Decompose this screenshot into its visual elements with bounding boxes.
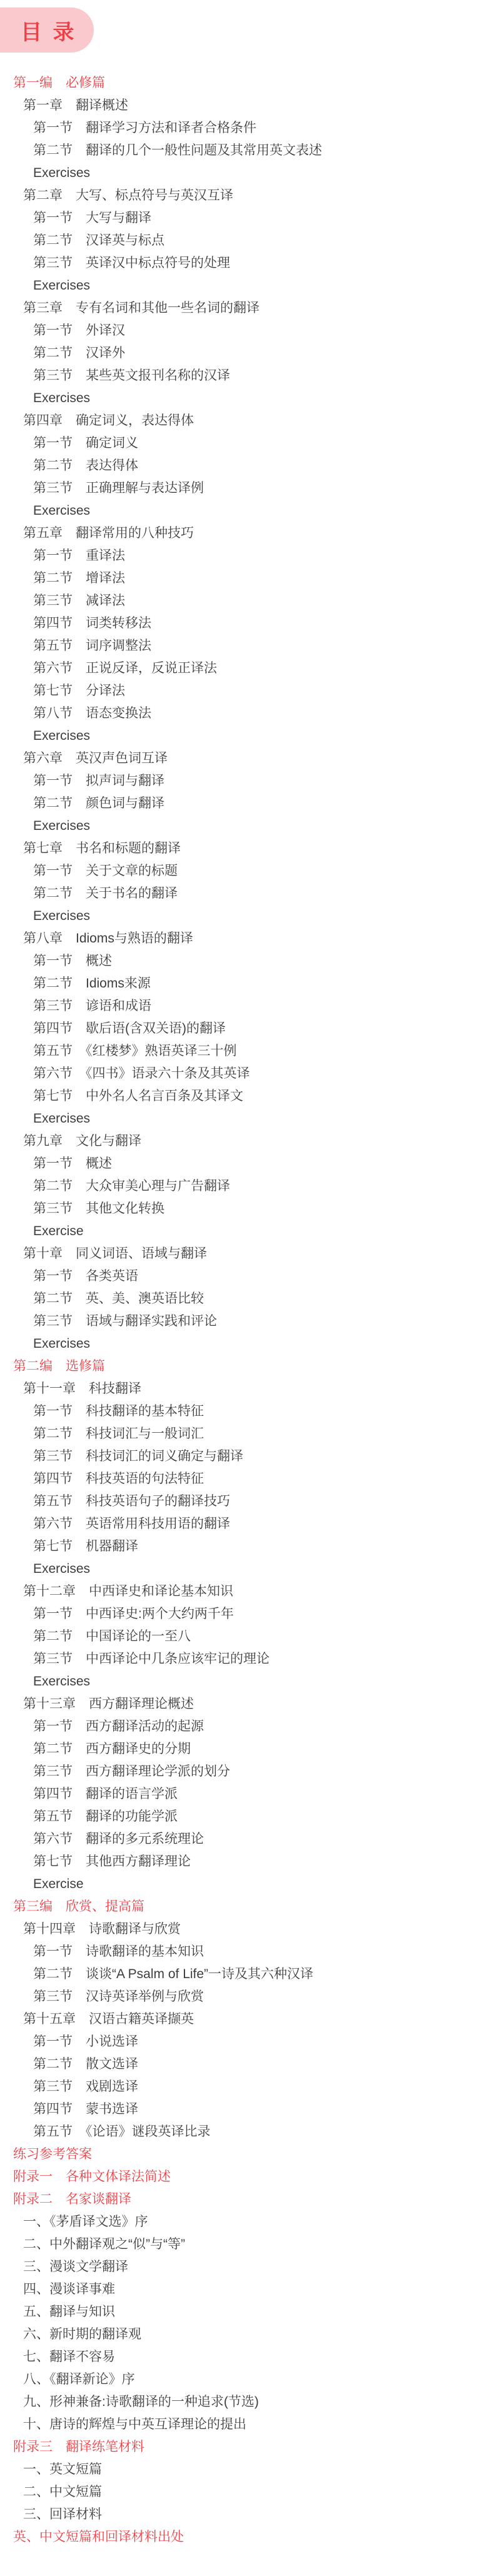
toc-chapter-item: 第六章 英汉声色词互译 [0, 747, 494, 770]
toc-part-heading: 附录二 名家谈翻译 [0, 2188, 494, 2211]
toc-part-heading: 第二编 选修篇 [0, 1355, 494, 1378]
toc-section-item: 第一节 科技翻译的基本特征 [0, 1400, 494, 1423]
toc-section-item: 第三节 语域与翻译实践和评论 [0, 1310, 494, 1333]
toc-section-item: 第七节 其他西方翻译理论 [0, 1851, 494, 1873]
toc-chapter-item: 第五章 翻译常用的八种技巧 [0, 522, 494, 545]
toc-chapter-item: 七、翻译不容易 [0, 2346, 494, 2368]
toc-chapter-item: 二、中外翻译观之“似”与“等” [0, 2233, 494, 2256]
toc-section-item: 第四节 翻译的语言学派 [0, 1783, 494, 1806]
toc-chapter-item: 八、《翻译新论》序 [0, 2368, 494, 2391]
toc-section-item: 第二节 散文选译 [0, 2053, 494, 2076]
toc-part-heading: 附录三 翻译练笔材料 [0, 2436, 494, 2458]
toc-chapter-item: 三、漫谈文学翻译 [0, 2256, 494, 2278]
toc-chapter-item: 第七章 书名和标题的翻译 [0, 837, 494, 860]
toc-section-item: 第二节 汉译外 [0, 342, 494, 365]
toc-section-item: 第二节 汉译英与标点 [0, 230, 494, 252]
toc-section-item: 第五节 科技英语句子的翻译技巧 [0, 1490, 494, 1513]
toc-list: 第一编 必修篇第一章 翻译概述第一节 翻译学习方法和译者合格条件第二节 翻译的几… [0, 72, 494, 2548]
toc-chapter-item: 第十三章 西方翻译理论概述 [0, 1693, 494, 1715]
toc-section-item: Exercises [0, 725, 494, 747]
toc-chapter-item: 第三章 专有名词和其他一些名词的翻译 [0, 297, 494, 320]
toc-section-item: 第一节 小说选译 [0, 2031, 494, 2053]
toc-section-item: Exercises [0, 815, 494, 837]
toc-section-item: 第一节 各类英语 [0, 1265, 494, 1288]
toc-section-item: 第三节 西方翻译理论学派的划分 [0, 1760, 494, 1783]
toc-section-item: 第一节 诗歌翻译的基本知识 [0, 1941, 494, 1963]
toc-section-item: Exercises [0, 1558, 494, 1580]
toc-section-item: 第一节 外译汉 [0, 320, 494, 342]
toc-section-item: Exercises [0, 1670, 494, 1693]
toc-section-item: 第一节 重译法 [0, 545, 494, 567]
toc-section-item: Exercises [0, 905, 494, 927]
toc-section-item: 第五节 词序调整法 [0, 635, 494, 657]
toc-chapter-item: 二、中文短篇 [0, 2481, 494, 2503]
toc-section-item: 第八节 语态变换法 [0, 702, 494, 725]
toc-section-item: 第七节 分译法 [0, 680, 494, 702]
toc-section-item: Exercise [0, 1873, 494, 1896]
toc-section-item: 第一节 概述 [0, 1153, 494, 1175]
toc-section-item: 第五节 翻译的功能学派 [0, 1806, 494, 1828]
toc-section-item: 第二节 增译法 [0, 567, 494, 590]
toc-section-item: 第三节 减译法 [0, 590, 494, 612]
toc-section-item: 第一节 翻译学习方法和译者合格条件 [0, 117, 494, 139]
toc-chapter-item: 第十章 同义词语、语域与翻译 [0, 1243, 494, 1265]
toc-section-item: 第二节 大众审美心理与广告翻译 [0, 1175, 494, 1198]
toc-chapter-item: 第二章 大写、标点符号与英汉互译 [0, 184, 494, 207]
toc-section-item: 第二节 中国译论的一至八 [0, 1625, 494, 1648]
toc-section-item: Exercise [0, 1220, 494, 1243]
toc-chapter-item: 第十二章 中西译史和译论基本知识 [0, 1580, 494, 1603]
toc-chapter-item: 十、唐诗的辉煌与中英互译理论的提出 [0, 2413, 494, 2436]
toc-section-item: 第二节 Idioms来源 [0, 972, 494, 995]
toc-section-item: 第一节 确定词义 [0, 432, 494, 455]
toc-section-item: 第一节 中西译史:两个大约两千年 [0, 1603, 494, 1625]
toc-chapter-item: 第十四章 诗歌翻译与欣赏 [0, 1918, 494, 1941]
toc-section-item: 第三节 谚语和成语 [0, 995, 494, 1018]
toc-chapter-item: 五、翻译与知识 [0, 2301, 494, 2323]
toc-part-heading: 第一编 必修篇 [0, 72, 494, 94]
toc-part-heading: 第三编 欣赏、提高篇 [0, 1896, 494, 1918]
toc-part-heading: 英、中文短篇和回译材料出处 [0, 2526, 494, 2548]
toc-section-item: 第一节 概述 [0, 950, 494, 972]
toc-section-item: 第五节 《红楼梦》熟语英译三十例 [0, 1040, 494, 1063]
toc-section-item: 第一节 关于文章的标题 [0, 860, 494, 882]
toc-page: 目 录 第一编 必修篇第一章 翻译概述第一节 翻译学习方法和译者合格条件第二节 … [0, 0, 494, 2576]
toc-section-item: 第五节 《论语》谜段英译比录 [0, 2121, 494, 2143]
toc-badge-label: 目 录 [0, 15, 76, 46]
toc-section-item: 第六节 翻译的多元系统理论 [0, 1828, 494, 1851]
toc-section-item: 第三节 汉诗英译举例与欣赏 [0, 1986, 494, 2008]
toc-chapter-item: 第八章 Idioms与熟语的翻译 [0, 927, 494, 950]
toc-chapter-item: 第九章 文化与翻译 [0, 1130, 494, 1153]
toc-section-item: 第三节 科技词汇的词义确定与翻译 [0, 1445, 494, 1468]
toc-section-item: 第二节 科技词汇与一般词汇 [0, 1423, 494, 1445]
toc-section-item: Exercises [0, 500, 494, 522]
toc-chapter-item: 第十一章 科技翻译 [0, 1378, 494, 1400]
toc-section-item: 第四节 蒙书选译 [0, 2098, 494, 2121]
toc-section-item: 第一节 大写与翻译 [0, 207, 494, 230]
toc-section-item: 第三节 戏剧选译 [0, 2076, 494, 2098]
toc-section-item: 第三节 正确理解与表达译例 [0, 477, 494, 500]
toc-section-item: 第七节 中外名人名言百条及其译文 [0, 1085, 494, 1108]
toc-section-item: Exercises [0, 1333, 494, 1355]
toc-chapter-item: 第一章 翻译概述 [0, 94, 494, 117]
toc-section-item: 第六节 正说反译，反说正译法 [0, 657, 494, 680]
toc-chapter-item: 第十五章 汉语古籍英译撷英 [0, 2008, 494, 2031]
toc-section-item: 第二节 谈谈“A Psalm of Life”一诗及其六种汉译 [0, 1963, 494, 1986]
toc-chapter-item: 一、英文短篇 [0, 2458, 494, 2481]
toc-chapter-item: 一、《茅盾译文选》序 [0, 2211, 494, 2233]
toc-section-item: 第二节 英、美、澳英语比较 [0, 1288, 494, 1310]
toc-badge: 目 录 [0, 8, 94, 53]
toc-chapter-item: 三、回译材料 [0, 2503, 494, 2526]
toc-section-item: 第四节 科技英语的句法特征 [0, 1468, 494, 1490]
toc-section-item: 第二节 翻译的几个一般性问题及其常用英文表述 [0, 139, 494, 162]
toc-section-item: 第六节 英语常用科技用语的翻译 [0, 1513, 494, 1535]
toc-section-item: Exercises [0, 162, 494, 184]
toc-section-item: 第七节 机器翻译 [0, 1535, 494, 1558]
toc-section-item: 第三节 某些英文报刊名称的汉译 [0, 365, 494, 387]
toc-section-item: 第六节 《四书》语录六十条及其英译 [0, 1063, 494, 1085]
toc-chapter-item: 四、漫谈译事难 [0, 2278, 494, 2301]
toc-section-item: 第四节 歇后语(含双关语)的翻译 [0, 1018, 494, 1040]
toc-section-item: 第二节 颜色词与翻译 [0, 792, 494, 815]
toc-part-heading: 附录一 各种文体译法简述 [0, 2166, 494, 2188]
toc-section-item: 第三节 英译汉中标点符号的处理 [0, 252, 494, 275]
toc-chapter-item: 第四章 确定词义，表达得体 [0, 410, 494, 432]
toc-section-item: 第一节 西方翻译活动的起源 [0, 1715, 494, 1738]
toc-section-item: 第三节 其他文化转换 [0, 1198, 494, 1220]
toc-section-item: 第三节 中西译论中几条应该牢记的理论 [0, 1648, 494, 1670]
toc-section-item: Exercises [0, 1108, 494, 1130]
toc-chapter-item: 九、形神兼备:诗歌翻译的一种追求(节选) [0, 2391, 494, 2413]
toc-section-item: 第二节 西方翻译史的分期 [0, 1738, 494, 1760]
toc-chapter-item: 六、新时期的翻译观 [0, 2323, 494, 2346]
toc-section-item: Exercises [0, 275, 494, 297]
toc-part-heading: 练习参考答案 [0, 2143, 494, 2166]
toc-section-item: 第四节 词类转移法 [0, 612, 494, 635]
toc-section-item: 第二节 关于书名的翻译 [0, 882, 494, 905]
toc-section-item: 第二节 表达得体 [0, 455, 494, 477]
toc-section-item: 第一节 拟声词与翻译 [0, 770, 494, 792]
toc-section-item: Exercises [0, 387, 494, 410]
